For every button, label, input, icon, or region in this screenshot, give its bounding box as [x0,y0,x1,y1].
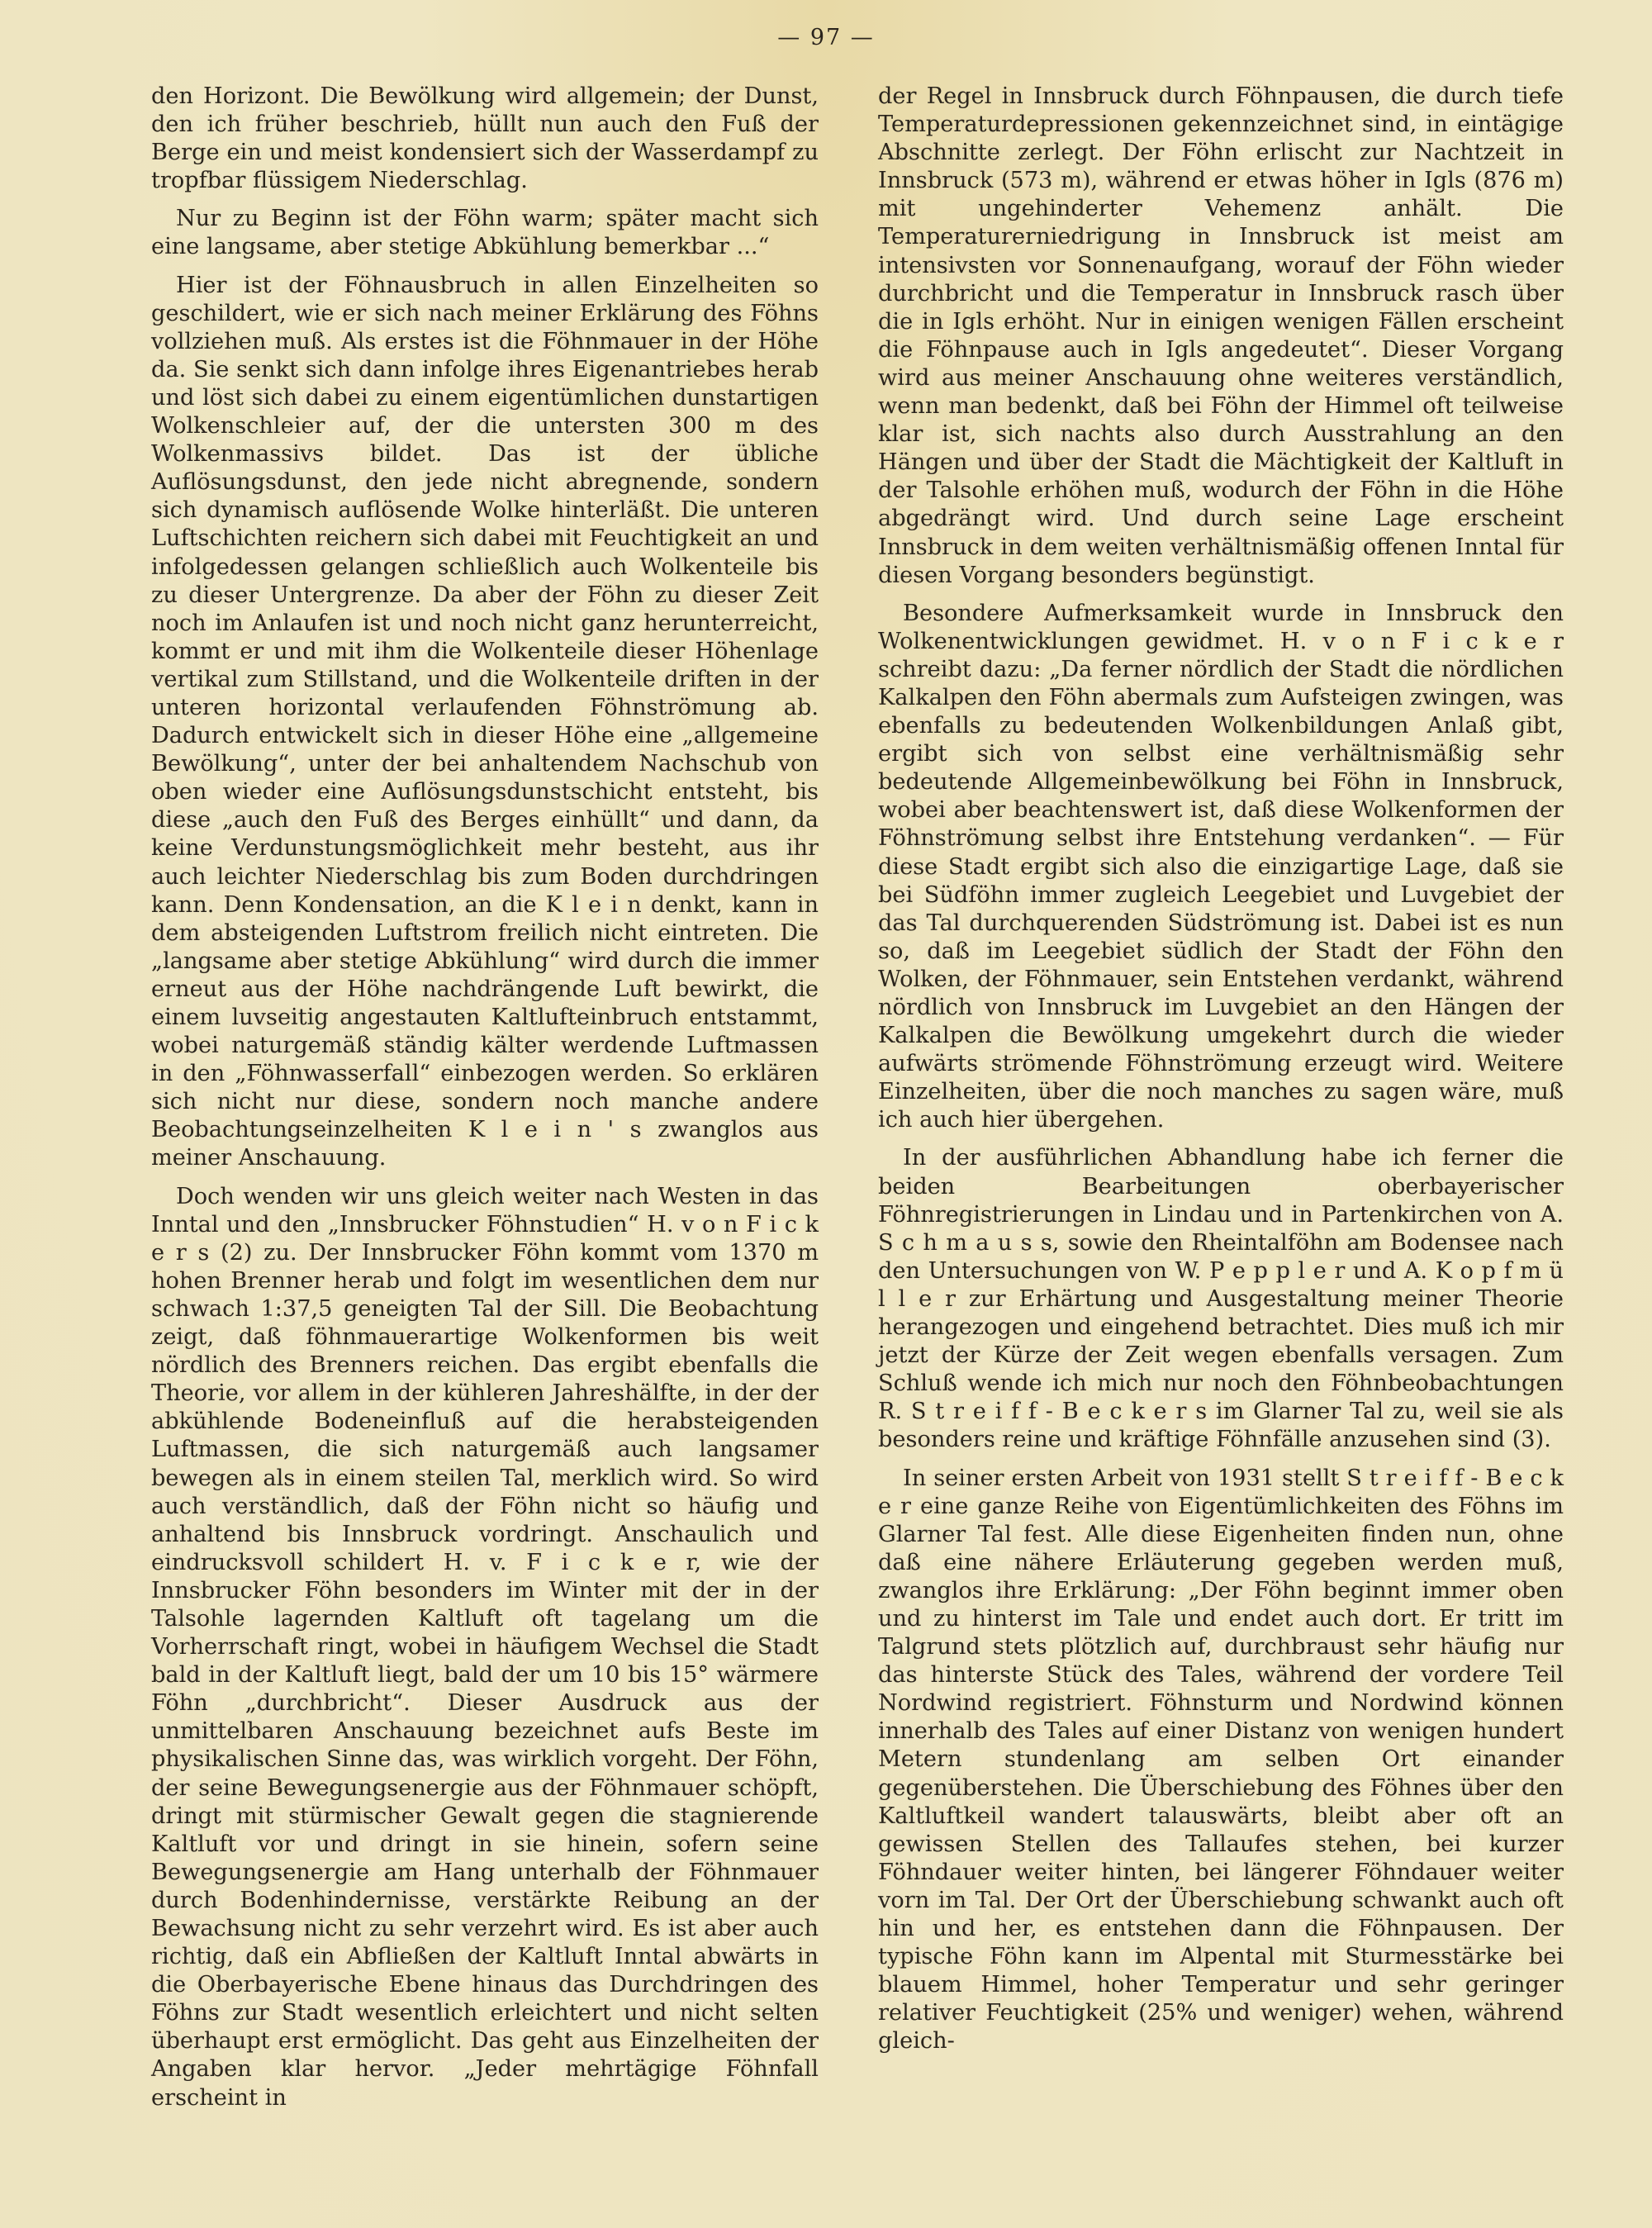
left-column: den Horizont. Die Bewölkung wird allgeme… [151,83,819,2122]
right-column: der Regel in Innsbruck durch Föhnpausen,… [878,83,1564,2065]
paragraph: Doch wenden wir uns gleich weiter nach W… [151,1183,819,2112]
paragraph: Besondere Aufmerksamkeit wurde in Innsbr… [878,600,1564,1135]
paragraph: den Horizont. Die Bewölkung wird allgeme… [151,83,819,195]
paragraph: der Regel in Innsbruck durch Föhnpausen,… [878,83,1564,590]
paragraph: Hier ist der Föhnausbruch in allen Einze… [151,272,819,1173]
paragraph: In seiner ersten Arbeit von 1931 stellt … [878,1465,1564,2056]
page-number: — 97 — [0,25,1652,50]
paragraph: In der ausführlichen Abhandlung habe ich… [878,1144,1564,1454]
paragraph: Nur zu Beginn ist der Föhn warm; später … [151,205,819,261]
